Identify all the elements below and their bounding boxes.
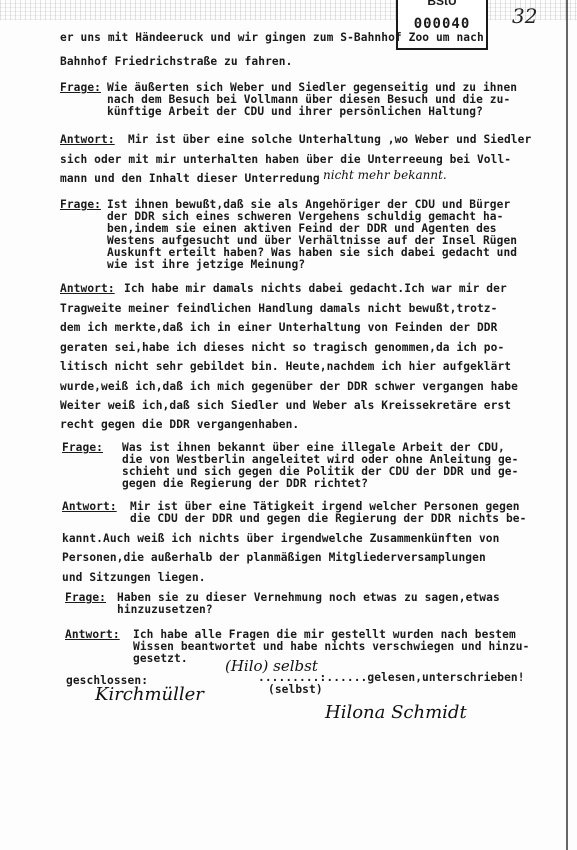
answer-line: kannt.Auch weiß ich nichts über irgendwe… bbox=[62, 532, 499, 545]
answer-line: wurde,weiß ich,daß ich mich gegenüber de… bbox=[60, 380, 518, 393]
answer-line: dem ich merkte,daß ich in einer Unterhal… bbox=[60, 321, 497, 334]
answer-line: Personen,die außerhalb der planmäßigen M… bbox=[62, 551, 486, 564]
answer-line: geraten sei,habe ich dieses nicht so tra… bbox=[60, 341, 504, 354]
question-label: Frage: bbox=[60, 81, 101, 94]
page-edge-rule bbox=[566, 0, 568, 850]
handwritten-insert: nicht mehr bekannt. bbox=[323, 168, 447, 182]
question-line: künftige Arbeit der CDU und ihrer persön… bbox=[107, 105, 483, 118]
answer-line: Wissen beantwortet und habe nichts versc… bbox=[133, 640, 529, 653]
text-line: er uns mit Händeeruck und wir gingen zum… bbox=[60, 31, 484, 44]
answer-line: Ich habe mir damals nichts dabei gedacht… bbox=[124, 282, 507, 295]
answer-label: Antwort: bbox=[60, 282, 115, 295]
answer-line: gesetzt. bbox=[133, 652, 188, 665]
answer-line: Mir ist über eine solche Unterhaltung ,w… bbox=[128, 133, 531, 146]
answer-line: und Sitzungen liegen. bbox=[62, 571, 206, 584]
signature-witness: Hilona Schmidt bbox=[325, 702, 467, 723]
question-label: Frage: bbox=[62, 441, 103, 454]
document-page: BStU 000040 32 er uns mit Händeeruck und… bbox=[0, 0, 577, 850]
answer-line: litisch nicht sehr gebildet bin. Heute,n… bbox=[60, 360, 511, 373]
scan-noise bbox=[0, 0, 577, 20]
answer-line: Weiter weiß ich,daß sich Siedler und Web… bbox=[60, 399, 511, 412]
handwritten-page-number: 32 bbox=[512, 4, 537, 28]
question-line: gegen die Regierung der DDR richtet? bbox=[122, 477, 368, 490]
question-line: hinzuzusetzen? bbox=[117, 603, 213, 616]
answer-line: die CDU der DDR und gegen die Regierung … bbox=[130, 512, 526, 525]
stamp-number: 000040 bbox=[398, 16, 486, 32]
answer-line: sich oder mit mir unterhalten haben über… bbox=[60, 153, 511, 166]
text-line: Bahnhof Friedrichstraße zu fahren. bbox=[60, 55, 292, 68]
question-line: wie ist ihre jetzige Meinung? bbox=[107, 258, 305, 271]
question-label: Frage: bbox=[60, 198, 101, 211]
answer-line: mann und den Inhalt dieser Unterredung bbox=[60, 172, 320, 185]
stamp-label: BStU bbox=[398, 0, 486, 8]
answer-line: Tragweite meiner feindlichen Handlung da… bbox=[60, 302, 497, 315]
answer-line: recht gegen die DDR vergangenhaben. bbox=[60, 418, 299, 431]
answer-label: Antwort: bbox=[60, 133, 115, 146]
signature-interrogator: Kirchmüller bbox=[95, 684, 204, 705]
answer-label: Antwort: bbox=[65, 628, 120, 641]
closing-selbst: (selbst) bbox=[268, 683, 323, 696]
answer-label: Antwort: bbox=[62, 500, 117, 513]
question-label: Frage: bbox=[65, 591, 106, 604]
